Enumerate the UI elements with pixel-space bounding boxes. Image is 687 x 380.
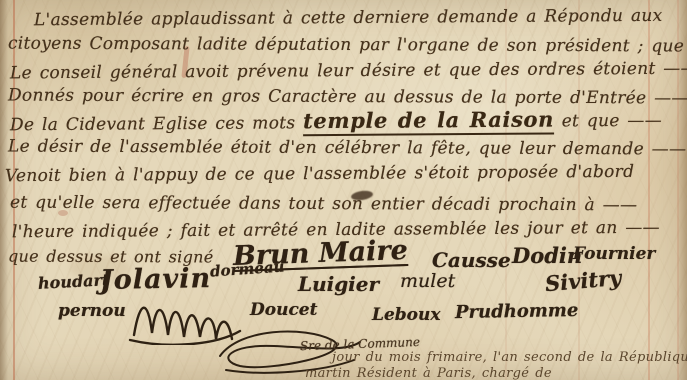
margin-rule-left [13,0,15,380]
margin-rule-faint-1 [505,0,507,380]
signature-houdart: houdart [38,272,110,292]
manuscript-line-6: Le désir de l'assemblée étoit d'en céléb… [8,139,686,159]
signature-dodin: Dodin [512,245,582,266]
signature-sivitry: Sivitry [544,267,622,295]
signature-pernou: pernou [58,303,126,320]
manuscript-line-2: citoyens Composant ladite députation par… [8,36,684,56]
temple-de-la-raison-underlined: temple de la Raison [303,106,554,136]
signature-jolavin: Jolavin [100,265,212,294]
manuscript-line-7: Venoit bien à l'appuy de ce que l'assemb… [5,164,634,185]
margin-rule-faint-2 [578,0,580,380]
signature-causse: Causse [432,250,511,270]
signature-mulet: mulet [400,272,455,291]
signature-leboux: Leboux [372,307,441,324]
signature-prudhomme: Prudhomme [455,302,579,322]
manuscript-line-1: L'assemblée applaudissant à cette dernie… [34,8,663,29]
signature-dormeau: dormeau [210,259,285,279]
manuscript-line-5: De la Cidevant Eglise ces mots temple de… [10,108,662,135]
manuscript-line-8: et qu'elle sera effectuée dans tout son … [10,195,637,215]
signature-fournier: Fournier [573,246,655,263]
footer-date-line: jour du mois frimaire, l'an second de la… [332,350,687,365]
footer-cropped-line: martin Résident à Paris, chargé de [305,366,552,380]
manuscript-line-3: Le conseil général avoit prévenu leur dé… [10,61,687,83]
line-5-suffix: et que —— [554,111,662,132]
manuscript-page: L'assemblée applaudissant à cette dernie… [0,0,687,380]
margin-rule-right-2 [677,0,679,380]
page-edge-left [0,0,8,380]
signature-doucet: Doucet [250,302,317,319]
line-5-prefix: De la Cidevant Eglise ces mots [10,113,303,135]
manuscript-line-4: Donnés pour écrire en gros Caractère au … [8,88,687,108]
margin-rule-right-1 [648,0,650,380]
page-edge-right [677,0,687,380]
signature-luigier: Luigier [298,274,379,294]
